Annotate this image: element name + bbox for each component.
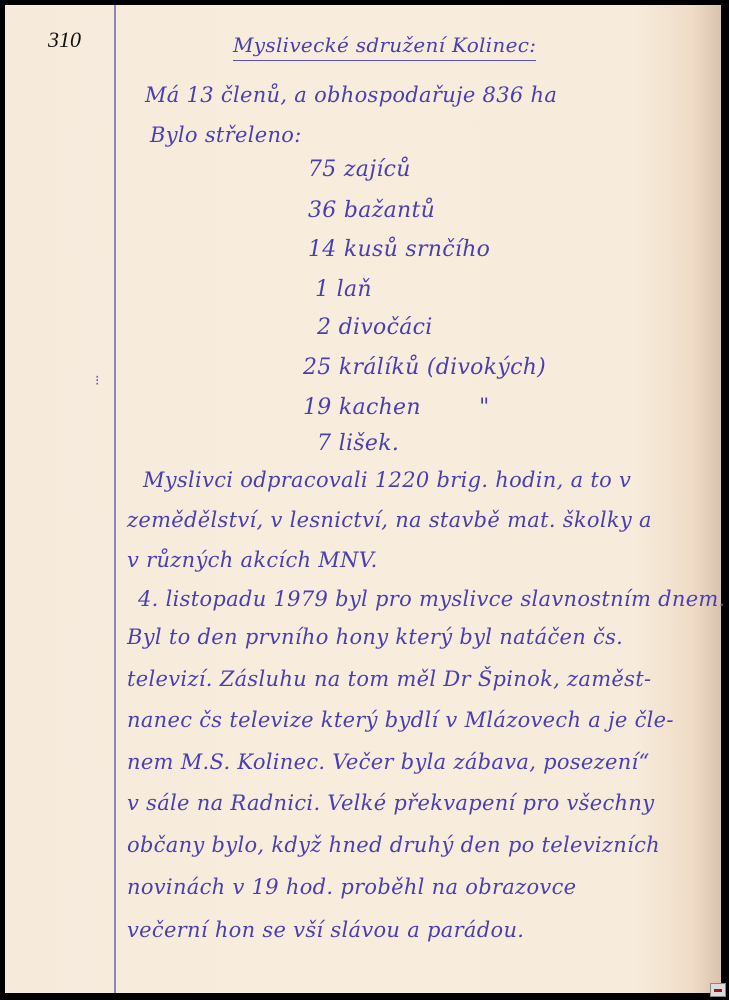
list-item: 36 bažantů <box>308 198 435 223</box>
paragraph-line: nanec čs televize který bydlí v Mlázovec… <box>127 708 674 732</box>
list-label: bažantů <box>344 198 435 223</box>
paragraph-line: novinách v 19 hod. proběhl na obrazovce <box>127 875 576 899</box>
list-count: 25 <box>303 355 332 380</box>
minimize-icon[interactable] <box>710 983 726 997</box>
list-label: zajíců <box>344 157 411 182</box>
list-count: 14 <box>308 237 337 262</box>
paragraph-line: televizí. Zásluhu na tom měl Dr Špinok, … <box>127 667 651 691</box>
list-count: 19 <box>303 395 332 420</box>
list-count: 36 <box>308 198 337 223</box>
notebook-page: 310 Myslivecké sdružení Kolinec: Má 13 č… <box>5 5 721 993</box>
list-count: 75 <box>308 157 337 182</box>
list-item: 75 zajíců <box>308 157 411 182</box>
intro-line: Má 13 členů, a obhospodařuje 836 ha <box>145 83 557 107</box>
list-item: 7 lišek. <box>317 431 399 456</box>
paragraph-line: nem M.S. Kolinec. Večer byla zábava, pos… <box>127 750 650 774</box>
list-label: kachen " <box>339 395 490 420</box>
list-count: 7 <box>317 431 331 456</box>
list-item: 25 králíků (divokých) <box>303 355 546 380</box>
paragraph-line: v různých akcích MNV. <box>127 548 378 572</box>
list-label: laň <box>337 277 372 302</box>
paragraph-line: zemědělství, v lesnictví, na stavbě mat.… <box>127 508 652 532</box>
list-item: 1 laň <box>315 277 372 302</box>
list-count: 1 <box>315 277 329 302</box>
paragraph-line: Myslivci odpracovali 1220 brig. hodin, a… <box>143 468 631 492</box>
intro-line: Bylo střeleno: <box>150 123 302 147</box>
list-label: divočáci <box>339 315 433 340</box>
list-label: králíků (divokých) <box>339 355 546 380</box>
page-title: Myslivecké sdružení Kolinec: <box>233 33 536 61</box>
list-count: 2 <box>317 315 331 340</box>
paragraph-line: 4. listopadu 1979 byl pro myslivce slavn… <box>138 587 726 611</box>
paragraph-line: občany bylo, když hned druhý den po tele… <box>127 833 660 857</box>
list-item: 19 kachen " <box>303 395 490 420</box>
paragraph-line: večerní hon se vší slávou a parádou. <box>127 918 524 942</box>
paragraph-line: v sále na Radnici. Velké překvapení pro … <box>127 791 654 815</box>
margin-line <box>114 5 116 993</box>
margin-mark: ⁝ <box>95 373 99 389</box>
list-item: 14 kusů srnčího <box>308 237 490 262</box>
list-label: lišek. <box>339 431 400 456</box>
list-item: 2 divočáci <box>317 315 433 340</box>
paragraph-line: Byl to den prvního hony který byl natáče… <box>127 625 623 649</box>
page-number: 310 <box>48 27 81 53</box>
list-label: kusů srnčího <box>344 237 490 262</box>
